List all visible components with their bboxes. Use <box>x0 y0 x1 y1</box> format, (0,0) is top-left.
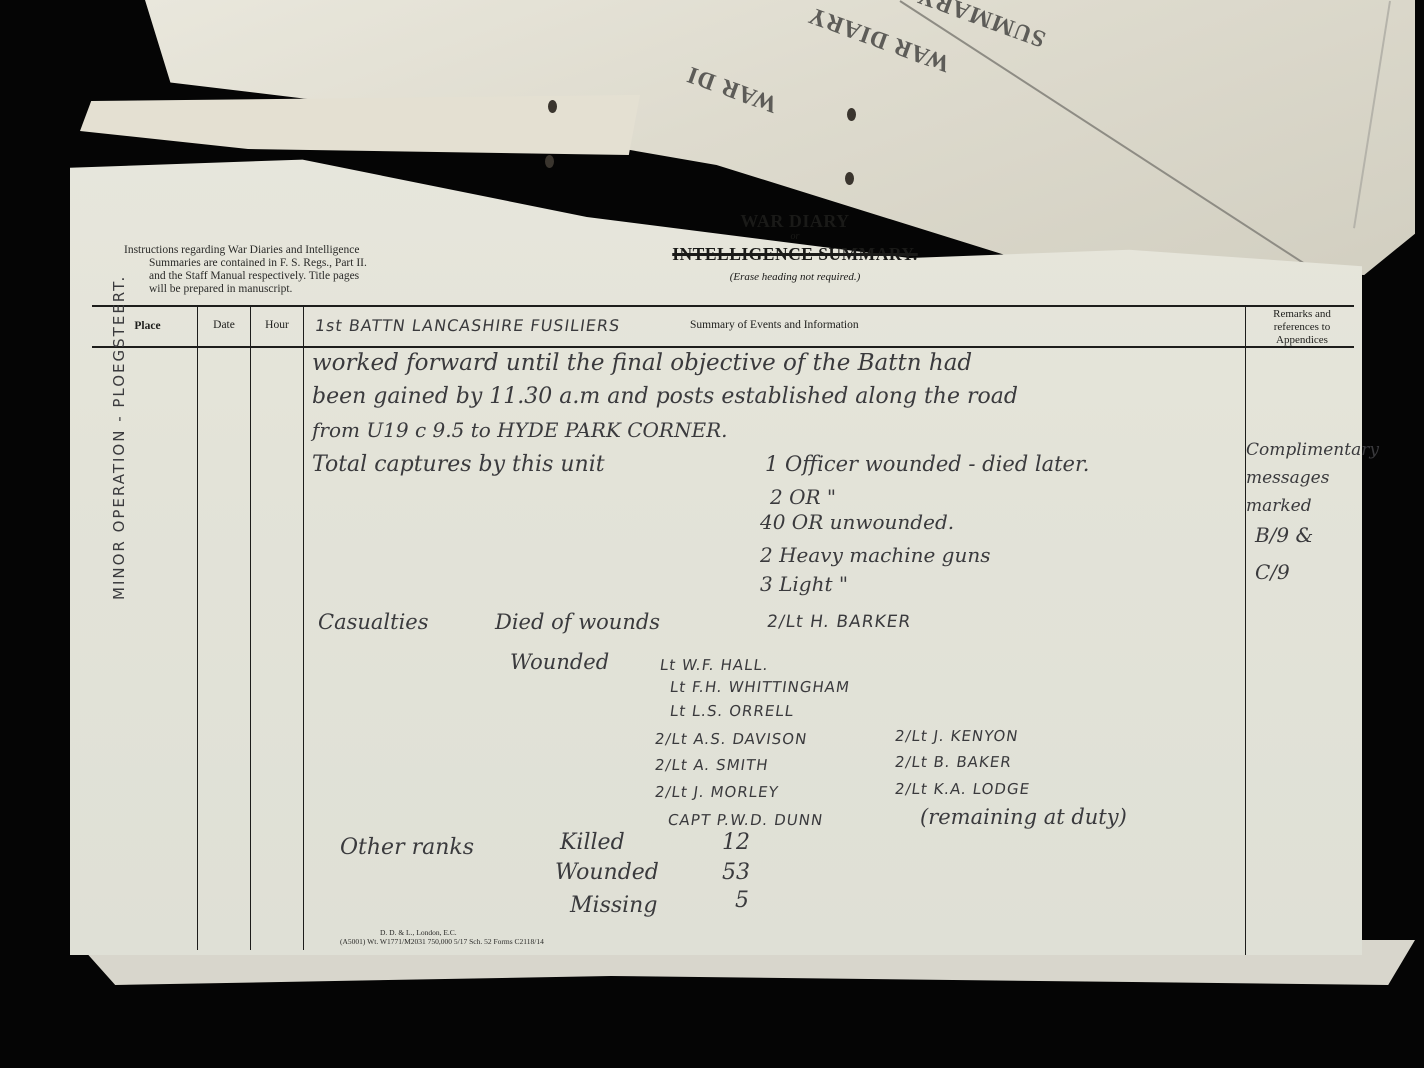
punch-hole <box>548 100 557 113</box>
capture-item: 3 Light " <box>760 572 848 596</box>
captain-note: (remaining at duty) <box>920 805 1127 829</box>
summary-line: worked forward until the final objective… <box>312 350 972 376</box>
unit-name: 1st BATTN LANCASHIRE FUSILIERS <box>314 316 622 335</box>
other-ranks-wounded-label: Wounded <box>555 860 659 885</box>
summary-line: from U19 c 9.5 to HYDE PARK CORNER. <box>312 418 727 442</box>
form-instructions: Instructions regarding War Diaries and I… <box>124 244 426 296</box>
printer-imprint: D. D. & L., London, E.C. (A5001) Wt. W17… <box>340 928 544 946</box>
title-or: or <box>560 231 1030 242</box>
title-war-diary: WAR DIARY <box>560 211 1030 232</box>
capture-item: 2 Heavy machine guns <box>760 543 991 567</box>
col-hour: Hour <box>251 319 303 331</box>
other-ranks-missing-value: 5 <box>735 888 749 913</box>
col-divider <box>197 305 198 950</box>
form-title: WAR DIARY or INTELLIGENCE SUMMARY. (Eras… <box>560 211 1030 283</box>
wounded-officer: 2/Lt A. SMITH <box>654 756 770 774</box>
remark-line: C/9 <box>1255 560 1290 584</box>
wounded-officer: Lt W.F. HALL. <box>659 656 770 674</box>
died-name: 2/Lt H. BARKER <box>766 612 913 632</box>
header-rule-top <box>92 305 1354 307</box>
header-rule-bottom <box>92 346 1354 348</box>
punch-hole <box>545 155 554 168</box>
col-divider <box>250 305 251 950</box>
col-date: Date <box>198 319 250 331</box>
title-intelligence-summary: INTELLIGENCE SUMMARY. <box>560 244 1030 265</box>
place-entry: MINOR OPERATION - PLOEGSTEERT. <box>110 40 128 600</box>
other-ranks-killed-value: 12 <box>722 830 750 855</box>
punch-hole <box>847 108 856 121</box>
col-summary: Summary of Events and Information <box>690 319 900 331</box>
remark-line: B/9 & <box>1255 523 1313 547</box>
wounded-officer: 2/Lt A.S. DAVISON <box>654 730 809 748</box>
wounded-officer: Lt F.H. WHITTINGHAM <box>669 678 851 696</box>
died-label: Died of wounds <box>495 610 660 634</box>
other-ranks-missing-label: Missing <box>570 893 657 918</box>
capture-item: 1 Officer wounded - died later. <box>765 452 1089 476</box>
wounded-officer: 2/Lt K.A. LODGE <box>894 780 1032 798</box>
wounded-officer: Lt L.S. ORRELL <box>669 702 796 720</box>
wounded-officer: 2/Lt J. KENYON <box>894 727 1020 745</box>
wounded-label: Wounded <box>510 650 609 674</box>
wounded-officer: 2/Lt J. MORLEY <box>654 783 780 801</box>
capture-item: 40 OR unwounded. <box>760 510 954 534</box>
erase-note: (Erase heading not required.) <box>560 271 1030 283</box>
col-remarks: Remarks and references to Appendices <box>1250 308 1354 347</box>
captures-label: Total captures by this unit <box>312 452 605 477</box>
capture-item: 2 OR " <box>770 485 836 509</box>
remark-line: messages <box>1246 468 1329 488</box>
remark-line: marked <box>1246 496 1312 516</box>
summary-line: been gained by 11.30 a.m and posts estab… <box>312 384 1018 409</box>
captain-name: CAPT P.W.D. DUNN <box>667 811 825 829</box>
col-divider <box>303 305 304 950</box>
col-divider <box>1245 305 1246 955</box>
wounded-officer: 2/Lt B. BAKER <box>894 753 1013 771</box>
casualties-label: Casualties <box>318 610 429 634</box>
other-ranks-label: Other ranks <box>340 835 474 860</box>
punch-hole <box>845 172 854 185</box>
other-ranks-killed-label: Killed <box>560 830 625 855</box>
other-ranks-wounded-value: 53 <box>722 860 750 885</box>
remark-line: Complimentary <box>1246 440 1379 460</box>
